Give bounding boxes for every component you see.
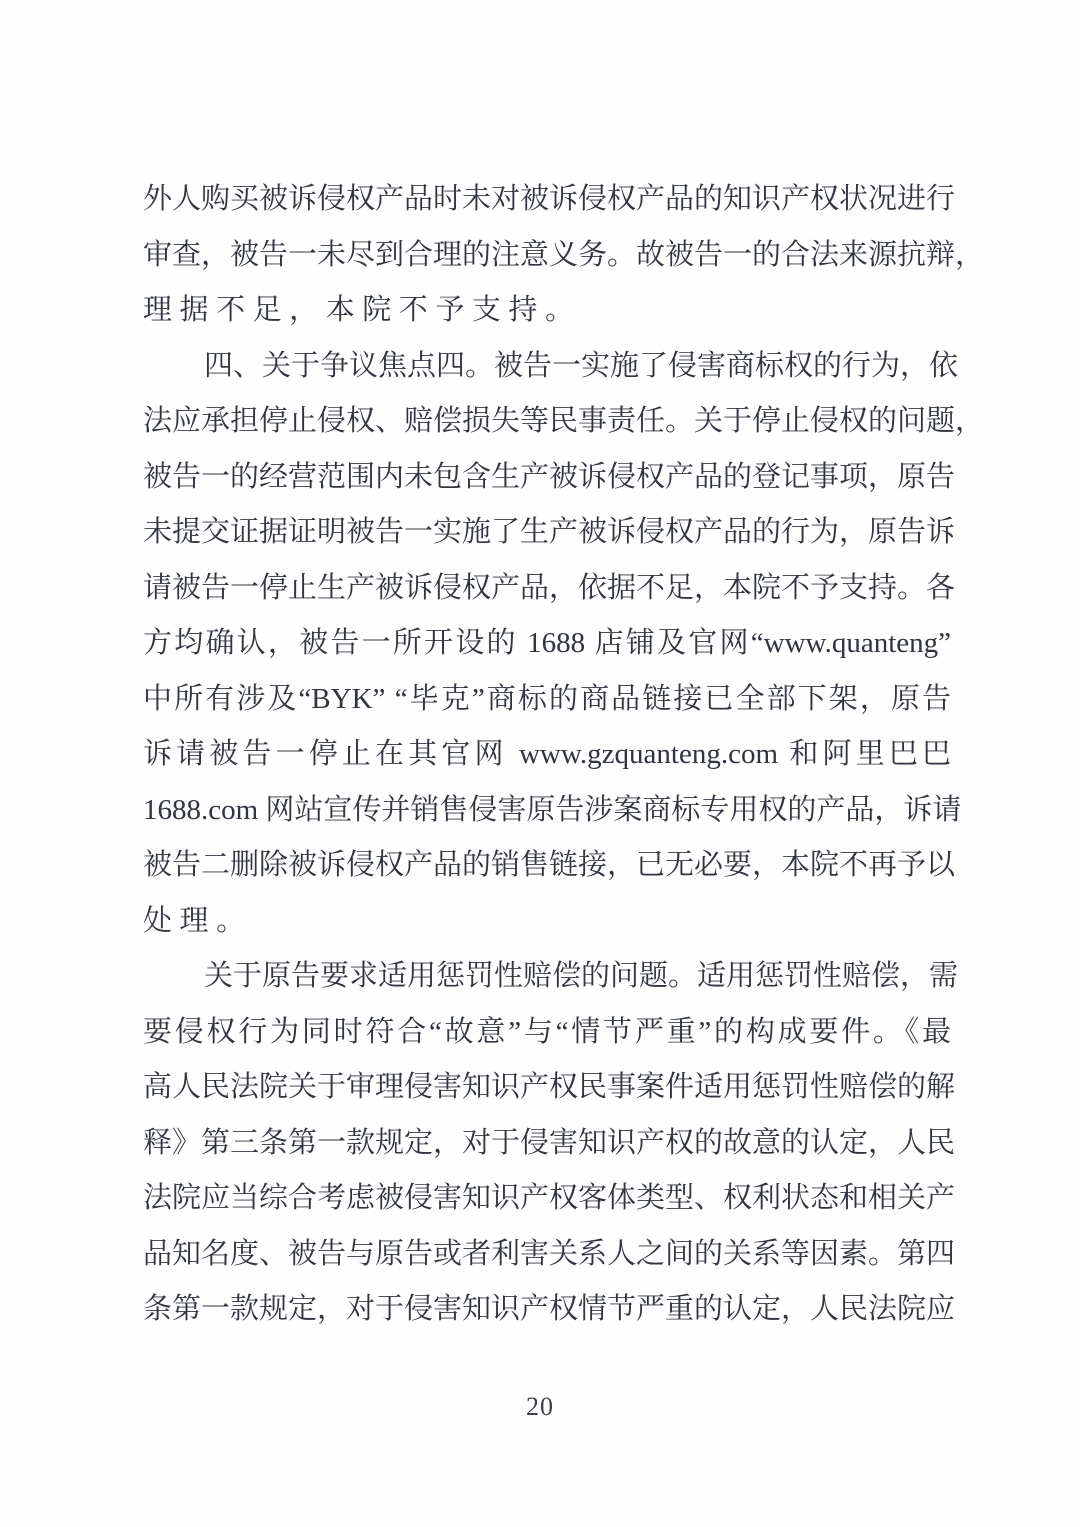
text-line: 未提交证据证明被告一实施了生产被诉侵权产品的行为，原告诉: [143, 505, 951, 561]
text-line: 被告一的经营范围内未包含生产被诉侵权产品的登记事项，原告: [143, 450, 951, 506]
text-line: 外人购买被诉侵权产品时未对被诉侵权产品的知识产权状况进行: [143, 172, 951, 228]
text-line: 处理。: [143, 894, 951, 950]
text-line: 法院应当综合考虑被侵害知识产权客体类型、权利状态和相关产: [143, 1171, 951, 1227]
text-line: 方均确认，被告一所开设的 1688 店铺及官网“www.quanteng”: [143, 616, 951, 672]
text-line: 关于原告要求适用惩罚性赔偿的问题。适用惩罚性赔偿，需: [143, 949, 951, 1005]
text-line: 释》第三条第一款规定，对于侵害知识产权的故意的认定，人民: [143, 1116, 951, 1172]
text-line: 四、关于争议焦点四。被告一实施了侵害商标权的行为，依: [143, 339, 951, 395]
text-line: 1688.com 网站宣传并销售侵害原告涉案商标专用权的产品，诉请: [143, 783, 951, 839]
text-line: 审查，被告一未尽到合理的注意义务。故被告一的合法来源抗辩，: [143, 228, 951, 284]
text-line: 要侵权行为同时符合“故意”与“情节严重”的构成要件。《最: [143, 1005, 951, 1061]
text-line: 中所有涉及“BYK” “毕克”商标的商品链接已全部下架，原告: [143, 672, 951, 728]
page-number: 20: [0, 1392, 1080, 1422]
text-line: 被告二删除被诉侵权产品的销售链接，已无必要，本院不再予以: [143, 838, 951, 894]
text-line: 请被告一停止生产被诉侵权产品，依据不足，本院不予支持。各: [143, 561, 951, 617]
text-line: 高人民法院关于审理侵害知识产权民事案件适用惩罚性赔偿的解: [143, 1060, 951, 1116]
text-line: 理据不足，本院不予支持。: [143, 283, 951, 339]
document-page: 外人购买被诉侵权产品时未对被诉侵权产品的知识产权状况进行 审查，被告一未尽到合理…: [0, 0, 1080, 1527]
document-body: 外人购买被诉侵权产品时未对被诉侵权产品的知识产权状况进行 审查，被告一未尽到合理…: [143, 172, 951, 1338]
text-line: 条第一款规定，对于侵害知识产权情节严重的认定，人民法院应: [143, 1282, 951, 1338]
text-line: 法应承担停止侵权、赔偿损失等民事责任。关于停止侵权的问题，: [143, 394, 951, 450]
text-line: 诉请被告一停止在其官网 www.gzquanteng.com 和阿里巴巴: [143, 727, 951, 783]
text-line: 品知名度、被告与原告或者利害关系人之间的关系等因素。第四: [143, 1227, 951, 1283]
